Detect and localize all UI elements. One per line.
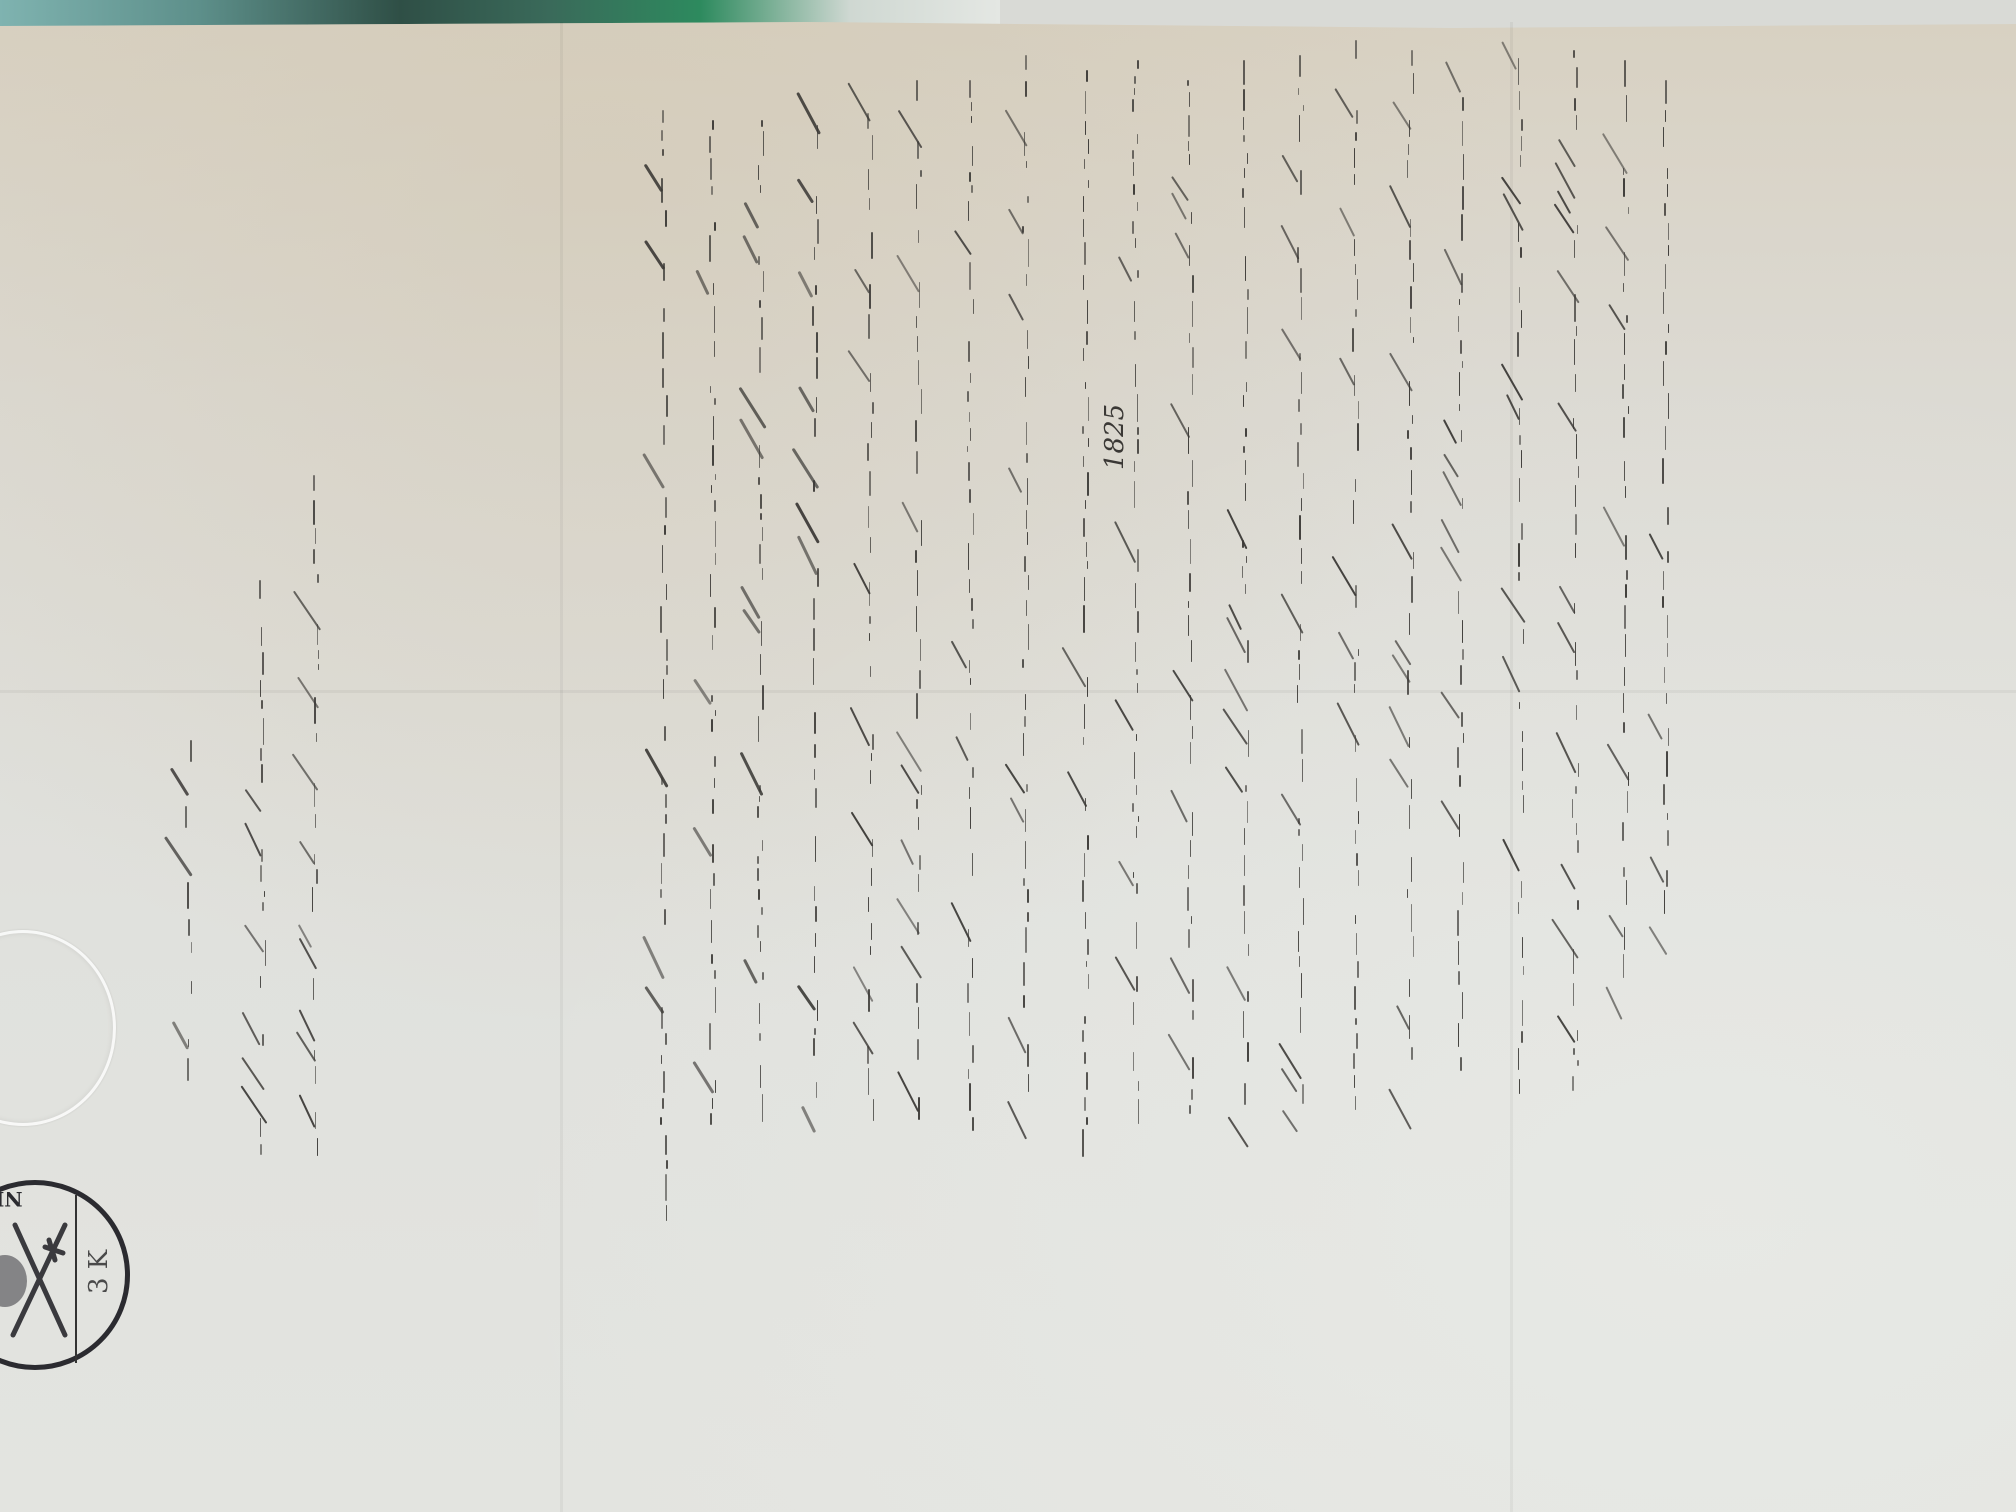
handwritten-line	[303, 475, 327, 1140]
handwritten-line	[1448, 60, 1472, 1090]
handwritten-line	[1233, 60, 1257, 1120]
handwritten-line	[651, 110, 675, 1210]
handwritten-line	[1178, 80, 1202, 1110]
handwritten-line	[803, 90, 827, 1110]
handwritten-line	[958, 80, 982, 1130]
handwritten-line	[1123, 60, 1147, 1120]
handwritten-line	[906, 80, 930, 1120]
stamp-edge-text: NI	[0, 1187, 23, 1211]
crossed-swords-crown-icon	[0, 1185, 135, 1375]
handwritten-line	[1563, 50, 1587, 1080]
handwritten-line	[1653, 80, 1677, 940]
handwritten-line	[1613, 60, 1637, 1000]
handwritten-line	[1073, 70, 1097, 1130]
handwritten-line	[700, 120, 724, 1120]
handwritten-line	[1343, 40, 1367, 1110]
handwritten-line	[1288, 55, 1312, 1110]
handwritten-line	[858, 80, 882, 1120]
handwritten-line	[748, 120, 772, 1100]
handwritten-line	[1508, 40, 1532, 1090]
handwritten-line	[250, 580, 274, 1160]
handwritten-line	[1398, 50, 1422, 1100]
stamp-value: 3 K	[84, 1254, 114, 1294]
legible-date: 1825	[1100, 404, 1130, 470]
fold-crease	[560, 22, 563, 1512]
revenue-stamp: 3 K NI DR	[0, 1180, 130, 1370]
handwritten-line	[1013, 55, 1037, 1120]
stamp-divider	[75, 1195, 77, 1363]
stamp-edge-text: DR	[0, 1340, 1, 1371]
handwritten-line	[176, 740, 200, 1080]
